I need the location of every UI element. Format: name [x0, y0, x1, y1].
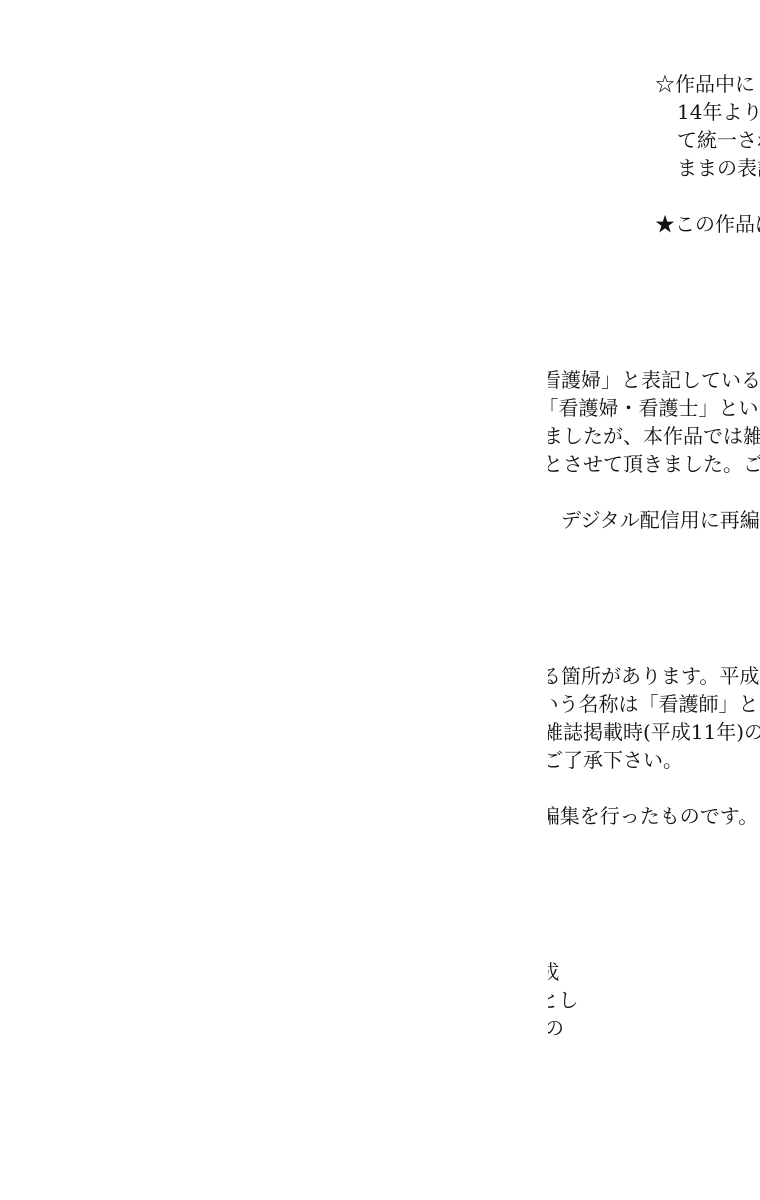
notice-slice-4: ☆作品中に「看護婦」と表記している箇所があります。平成 14年より、「看護婦・看…	[548, 958, 760, 1128]
notice-line: ☆作品中に「看護婦」と表記している箇所があります。平成	[548, 366, 760, 394]
notice-line: て統一されましたが、本作品では雑誌掲載時(平成11年)の	[655, 126, 760, 154]
notice-line: ★この作品は、デジタル配信用に再編集を行ったものです。	[548, 1098, 760, 1126]
notice-line: 14年より、「看護婦・看護士」という名称は「看護師」とし	[548, 394, 760, 422]
notice-text: ☆作品中に「看護婦」と表記している箇所があります。平成 14年より、「看護婦・看…	[548, 366, 760, 534]
notice-line: ☆作品中に「看護婦」と表記している箇所があります。平成	[548, 958, 760, 986]
notice-line: 14年より、「看護婦・看護士」という名称は「看護師」とし	[548, 690, 760, 718]
notice-line: 14年より、「看護婦・看護士」という名称は「看護師」とし	[655, 98, 760, 126]
notice-text: ☆作品中に「看護婦」と表記している箇所があります。平成 14年より、「看護婦・看…	[548, 662, 760, 830]
notice-line: ★この作品は、デジタル配信用に再編集を行ったものです。	[548, 802, 760, 830]
notice-slice-3: ☆作品中に「看護婦」と表記している箇所があります。平成 14年より、「看護婦・看…	[548, 662, 760, 832]
notice-slice-1: ☆作品中に「看護婦」と表記している箇所があります。平成 14年より、「看護婦・看…	[655, 70, 760, 240]
notice-line: ☆作品中に「看護婦」と表記している箇所があります。平成	[548, 662, 760, 690]
notice-line: て統一されましたが、本作品では雑誌掲載時(平成11年)の	[548, 422, 760, 450]
notice-line: ★この作品は、デジタル配信用に再編集を行ったものです。	[655, 210, 760, 238]
notice-line: ままの表記とさせて頂きました。ご了承下さい。	[655, 154, 760, 182]
notice-line: ☆作品中に「看護婦」と表記している箇所があります。平成	[655, 70, 760, 98]
notice-slice-2: ☆作品中に「看護婦」と表記している箇所があります。平成 14年より、「看護婦・看…	[548, 366, 760, 536]
notice-line: 14年より、「看護婦・看護士」という名称は「看護師」とし	[548, 986, 760, 1014]
notice-text: ☆作品中に「看護婦」と表記している箇所があります。平成 14年より、「看護婦・看…	[548, 958, 760, 1126]
notice-text: ☆作品中に「看護婦」と表記している箇所があります。平成 14年より、「看護婦・看…	[655, 70, 760, 238]
notice-line: ままの表記とさせて頂きました。ご了承下さい。	[548, 1042, 760, 1070]
notice-line: ままの表記とさせて頂きました。ご了承下さい。	[548, 450, 760, 478]
notice-line: て統一されましたが、本作品では雑誌掲載時(平成11年)の	[548, 1014, 760, 1042]
notice-line: ★この作品は、デジタル配信用に再編集を行ったものです。	[548, 506, 760, 534]
notice-line: て統一されましたが、本作品では雑誌掲載時(平成11年)の	[548, 718, 760, 746]
notice-line: ままの表記とさせて頂きました。ご了承下さい。	[548, 746, 760, 774]
